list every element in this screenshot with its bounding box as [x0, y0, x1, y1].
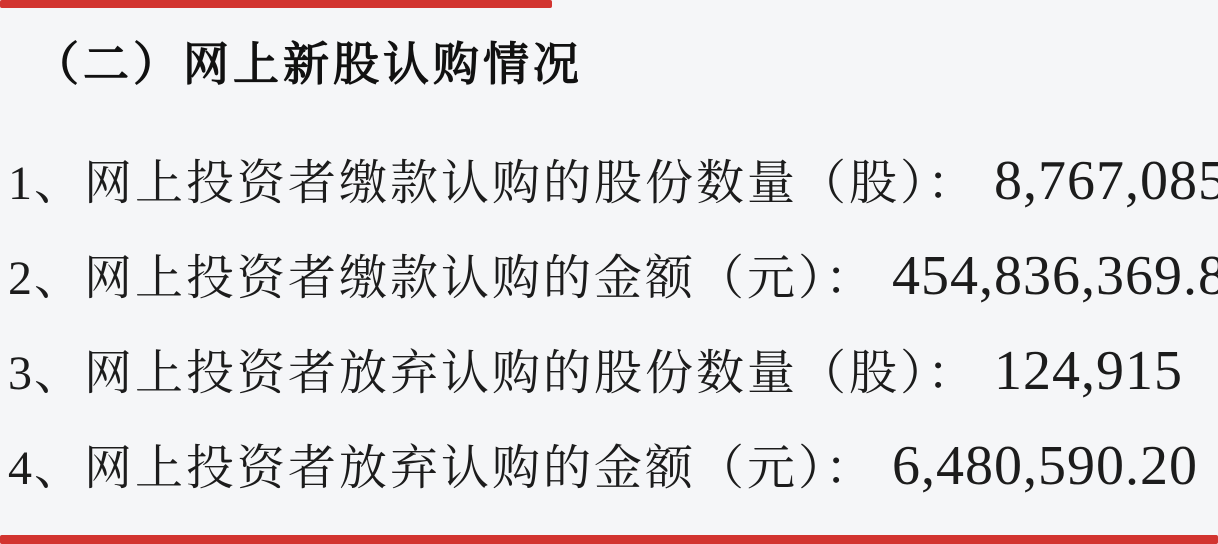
- item-3-value: 124,915: [994, 340, 1183, 402]
- item-3-label: 网上投资者放弃认购的股份数量（股）：: [84, 343, 978, 405]
- item-1-label: 网上投资者缴款认购的股份数量（股）：: [84, 153, 978, 215]
- item-4-value: 6,480,590.20: [892, 435, 1198, 497]
- item-3-number: 3、: [8, 343, 84, 405]
- item-4-label: 网上投资者放弃认购的金额（元）：: [84, 438, 876, 500]
- item-1-value: 8,767,085: [994, 150, 1218, 212]
- item-1-number: 1、: [8, 153, 84, 215]
- item-4-number: 4、: [8, 438, 84, 500]
- item-2-value: 454,836,369.80: [892, 245, 1218, 307]
- list-item-1: 1、 网上投资者缴款认购的股份数量（股）： 8,767,085: [8, 150, 1210, 215]
- item-2-label: 网上投资者缴款认购的金额（元）：: [84, 248, 876, 310]
- list-item-2: 2、 网上投资者缴款认购的金额（元）： 454,836,369.80: [8, 245, 1210, 310]
- red-highlight-bar-top: [0, 0, 552, 8]
- list-item-3: 3、 网上投资者放弃认购的股份数量（股）： 124,915: [8, 340, 1210, 405]
- item-2-number: 2、: [8, 248, 84, 310]
- section-heading: （二）网上新股认购情况: [33, 28, 583, 94]
- red-highlight-bar-bottom: [0, 535, 1218, 544]
- list-item-4: 4、 网上投资者放弃认购的金额（元）： 6,480,590.20: [8, 435, 1210, 500]
- document-page: （二）网上新股认购情况 1、 网上投资者缴款认购的股份数量（股）： 8,767,…: [0, 0, 1218, 544]
